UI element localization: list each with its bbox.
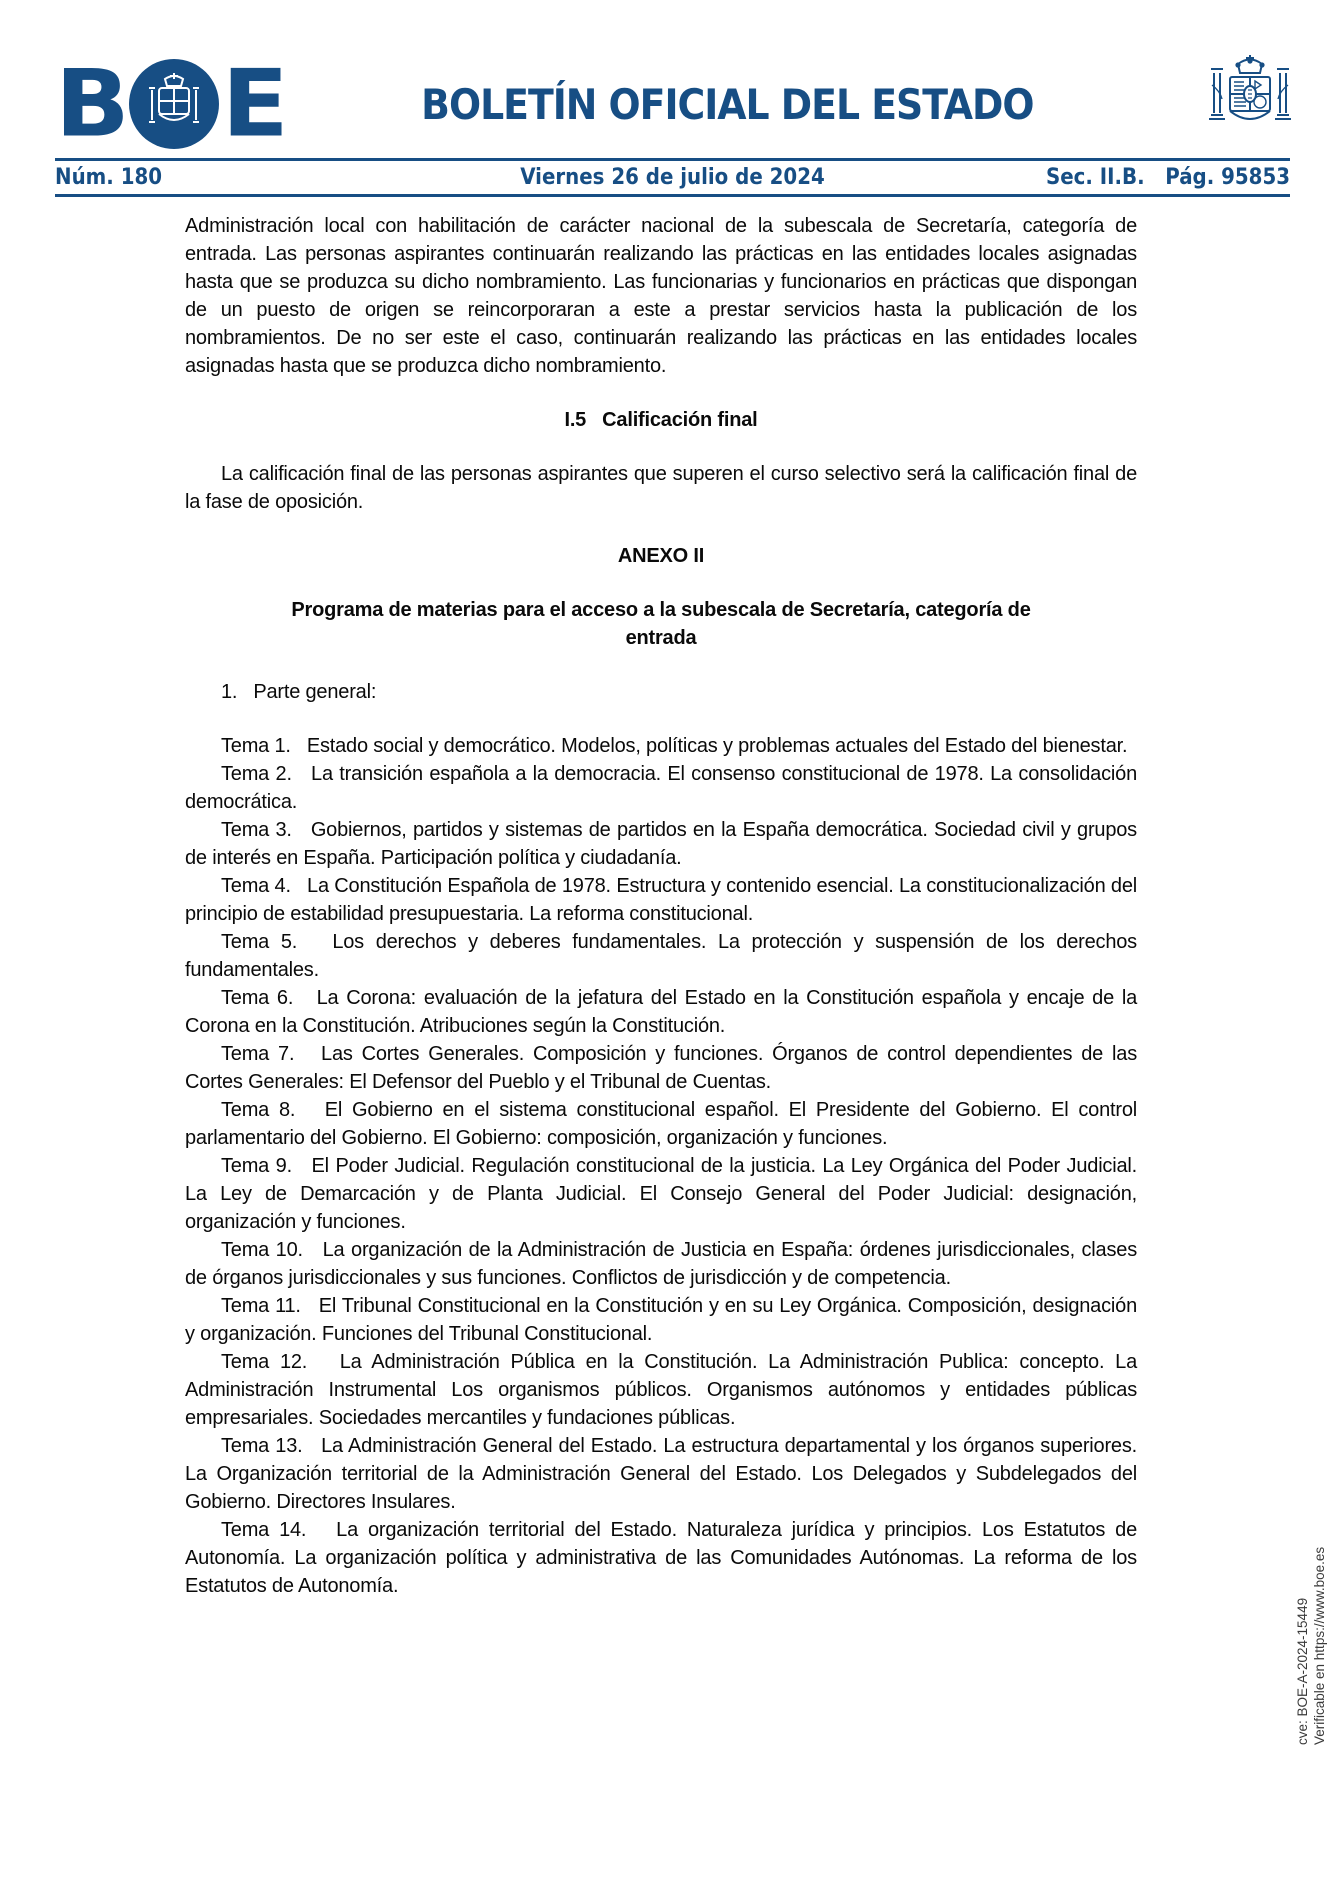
publication-date: Viernes 26 de julio de 2024 [364,165,982,190]
spain-coat-of-arms-icon [1200,51,1300,157]
boe-logo-letter-b: B [55,58,126,149]
tema-paragraph-14: Tema 14. La organización territorial del… [185,1516,1137,1600]
tema-paragraph-9: Tema 9. El Poder Judicial. Regulación co… [185,1152,1137,1236]
tema-paragraph-2: Tema 2. La transición española a la demo… [185,760,1137,816]
document-body: Administración local con habilitación de… [185,212,1137,1600]
verify-url: Verificable en https://www.boe.es [1311,1445,1328,1745]
boe-logo-emblem-circle [129,59,219,149]
tema-paragraph-12: Tema 12. La Administración Pública en la… [185,1348,1137,1432]
tema-paragraph-5: Tema 5. Los derechos y deberes fundament… [185,928,1137,984]
body-paragraph: Administración local con habilitación de… [185,212,1137,380]
page-title: BOLETÍN OFICIAL DEL ESTADO [285,80,1200,129]
program-heading: Programa de materias para el acceso a la… [266,596,1056,652]
tema-paragraph-6: Tema 6. La Corona: evaluación de la jefa… [185,984,1137,1040]
list-heading-parte-general: 1. Parte general: [185,678,1137,706]
tema-paragraph-1: Tema 1. Estado social y democrático. Mod… [185,732,1137,760]
body-paragraph: La calificación final de las personas as… [185,460,1137,516]
tema-paragraph-11: Tema 11. El Tribunal Constitucional en l… [185,1292,1137,1348]
boe-logo-letter-e: E [222,58,285,149]
issue-number: Núm. 180 [55,165,364,190]
section-heading-calificacion-final: I.5 Calificación final [185,406,1137,434]
spain-emblem-small-icon [145,70,203,138]
annex-heading: ANEXO II [185,542,1137,570]
tema-paragraph-8: Tema 8. El Gobierno en el sistema consti… [185,1096,1137,1152]
section-page-number: Sec. II.B. Pág. 95853 [981,165,1290,190]
tema-paragraph-3: Tema 3. Gobiernos, partidos y sistemas d… [185,816,1137,872]
vertical-verification-text: cve: BOE-A-2024-15449 Verificable en htt… [1294,1445,1328,1745]
tema-paragraph-4: Tema 4. La Constitución Española de 1978… [185,872,1137,928]
header-date-row: Núm. 180 Viernes 26 de julio de 2024 Sec… [55,161,1290,194]
cve-code: cve: BOE-A-2024-15449 [1294,1445,1311,1745]
masthead: B E BOLETÍN OFICIAL DEL ESTADO [55,50,1300,158]
boe-document-page: B E BOLETÍN OFICIAL DEL ESTADO [0,0,1344,1900]
tema-paragraph-10: Tema 10. La organización de la Administr… [185,1236,1137,1292]
tema-paragraph-7: Tema 7. Las Cortes Generales. Composició… [185,1040,1137,1096]
boe-logo: B E [55,56,285,152]
tema-paragraph-13: Tema 13. La Administración General del E… [185,1432,1137,1516]
header-rule-bottom [55,194,1290,197]
